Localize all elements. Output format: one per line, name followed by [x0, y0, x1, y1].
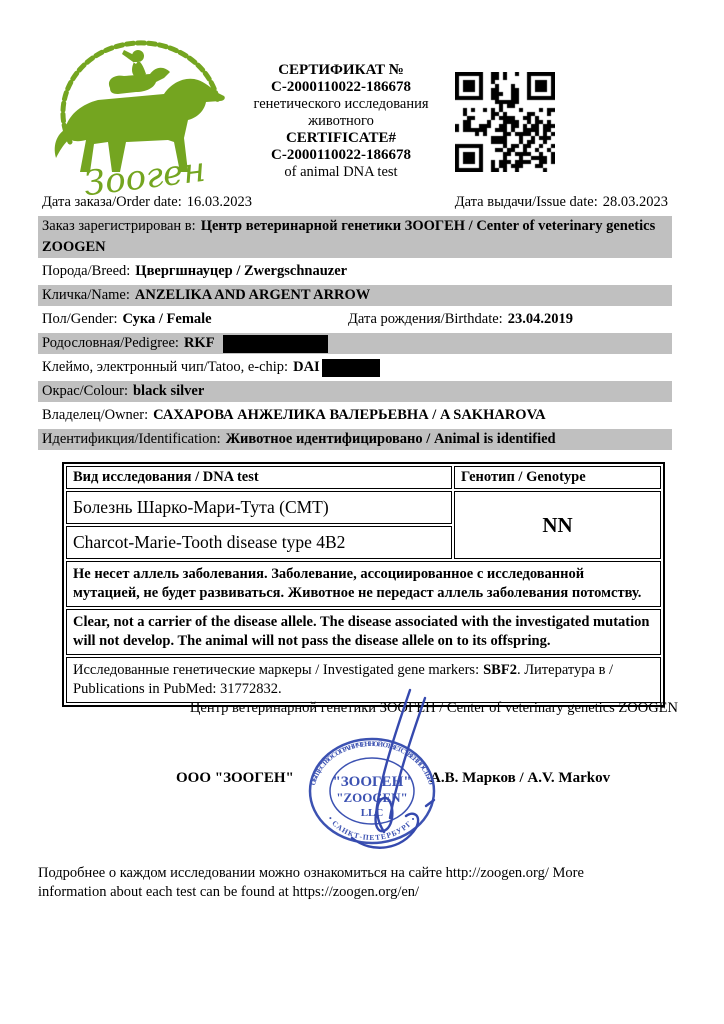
dna-test-column-header: Вид исследования / DNA test [66, 466, 452, 489]
order-date-label: Дата заказа/Order date: [42, 194, 182, 210]
field-owner: Владелец/Owner:САХАРОВА АНЖЕЛИКА ВАЛЕРЬЕ… [38, 405, 672, 426]
date-row: Дата заказа/Order date:16.03.2023 Дата в… [38, 192, 672, 213]
certificate-title-ru: СЕРТИФИКАТ № [228, 62, 454, 79]
dna-test-table: Вид исследования / DNA test Генотип / Ge… [62, 462, 665, 707]
fields-section: Дата заказа/Order date:16.03.2023 Дата в… [38, 192, 672, 453]
zoogen-logo: Зооген [46, 40, 251, 200]
test-name-ru-row: Болезнь Шарко-Мари-Тута (CMT) NN [66, 491, 661, 524]
redaction-box [223, 335, 328, 353]
signatory-name: А.В. Марков / A.V. Markov [430, 770, 610, 787]
certificate-number-ru: С-2000110022-186678 [228, 79, 454, 96]
field-pedigree-value: RKF [184, 335, 215, 351]
result-ru-row: Не несет аллель заболевания. Заболевание… [66, 561, 661, 607]
markers-label: Исследованные генетические маркеры / Inv… [73, 662, 479, 678]
field-identification-label: Идентификция/Identification: [42, 431, 221, 447]
field-name-label: Кличка/Name: [42, 287, 130, 303]
field-colour-value: black silver [133, 383, 204, 399]
field-chip: Клеймо, электронный чип/Tatoo, e-chip:DA… [38, 357, 672, 378]
result-en-row: Clear, not a carrier of the disease alle… [66, 609, 661, 655]
result-text-en: Clear, not a carrier of the disease alle… [66, 609, 661, 655]
test-name-ru: Болезнь Шарко-Мари-Тута (CMT) [66, 491, 452, 524]
issue-date-label: Дата выдачи/Issue date: [455, 194, 598, 210]
markers-value: SBF2 [483, 662, 517, 678]
company-stamp: ОБЩЕСТВО С ОГРАНИЧЕННОЙ ОТВЕТСТВЕННОСТЬЮ… [292, 686, 452, 866]
genotype-value: NN [454, 491, 661, 559]
test-name-en: Charcot-Marie-Tooth disease type 4B2 [66, 526, 452, 559]
field-gender-birthdate: Пол/Gender:Сука / Female Дата рождения/B… [38, 309, 672, 330]
certificate-number-en: С-2000110022-186678 [228, 147, 454, 164]
field-registered-label: Заказ зарегистрирован в: [42, 218, 196, 234]
field-chip-value: DAI [293, 359, 320, 375]
certificate-subtitle-ru1: генетического исследования [228, 96, 454, 113]
issue-date: Дата выдачи/Issue date:28.03.2023 [455, 192, 668, 213]
field-name: Кличка/Name:ANZELIKA AND ARGENT ARROW [38, 285, 672, 306]
field-breed-value: Цвергшнауцер / Zwergschnauzer [135, 263, 347, 279]
field-pedigree: Родословная/Pedigree:RKF [38, 333, 672, 354]
table-header-row: Вид исследования / DNA test Генотип / Ge… [66, 466, 661, 489]
field-birthdate: Дата рождения/Birthdate:23.04.2019 [348, 309, 573, 330]
field-gender-label: Пол/Gender: [42, 311, 118, 327]
field-birthdate-value: 23.04.2019 [508, 311, 573, 327]
field-owner-label: Владелец/Owner: [42, 407, 148, 423]
field-owner-value: САХАРОВА АНЖЕЛИКА ВАЛЕРЬЕВНА / A SAKHARO… [153, 407, 546, 423]
stamp-center-en: "ZOOGEN" [336, 790, 408, 805]
stamp-center-llc: LLC [361, 807, 384, 819]
field-colour: Окрас/Colour:black silver [38, 381, 672, 402]
field-pedigree-label: Родословная/Pedigree: [42, 335, 179, 351]
field-breed-label: Порода/Breed: [42, 263, 130, 279]
field-chip-label: Клеймо, электронный чип/Tatoo, e-chip: [42, 359, 288, 375]
field-birthdate-label: Дата рождения/Birthdate: [348, 311, 503, 327]
field-registered: Заказ зарегистрирован в:Центр ветеринарн… [38, 216, 672, 258]
certificate-subtitle-ru2: животного [228, 113, 454, 130]
order-date-value: 16.03.2023 [187, 194, 252, 210]
order-date: Дата заказа/Order date:16.03.2023 [42, 192, 252, 213]
field-identification-value: Животное идентифицировано / Animal is id… [226, 431, 556, 447]
genotype-column-header: Генотип / Genotype [454, 466, 661, 489]
certificate-header: СЕРТИФИКАТ № С-2000110022-186678 генетич… [228, 62, 454, 181]
field-breed: Порода/Breed:Цвергшнауцер / Zwergschnauz… [38, 261, 672, 282]
redaction-box [322, 359, 380, 377]
certificate-page: Зооген СЕРТИФИКАТ № С-2000110022-186678 … [0, 0, 724, 1024]
field-name-value: ANZELIKA AND ARGENT ARROW [135, 287, 370, 303]
horse-logo-icon: Зооген [46, 40, 251, 200]
issue-date-value: 28.03.2023 [603, 194, 668, 210]
company-name: ООО "ЗООГЕН" [176, 770, 294, 787]
certificate-title-en: CERTIFICATE# [228, 130, 454, 147]
qr-code-icon [455, 72, 555, 172]
field-gender-value: Сука / Female [123, 311, 212, 327]
result-text-ru: Не несет аллель заболевания. Заболевание… [66, 561, 661, 607]
field-colour-label: Окрас/Colour: [42, 383, 128, 399]
certificate-subtitle-en: of animal DNA test [228, 164, 454, 181]
field-identification: Идентификция/Identification:Животное иде… [38, 429, 672, 450]
footer-note: Подробнее о каждом исследовании можно оз… [38, 864, 656, 902]
